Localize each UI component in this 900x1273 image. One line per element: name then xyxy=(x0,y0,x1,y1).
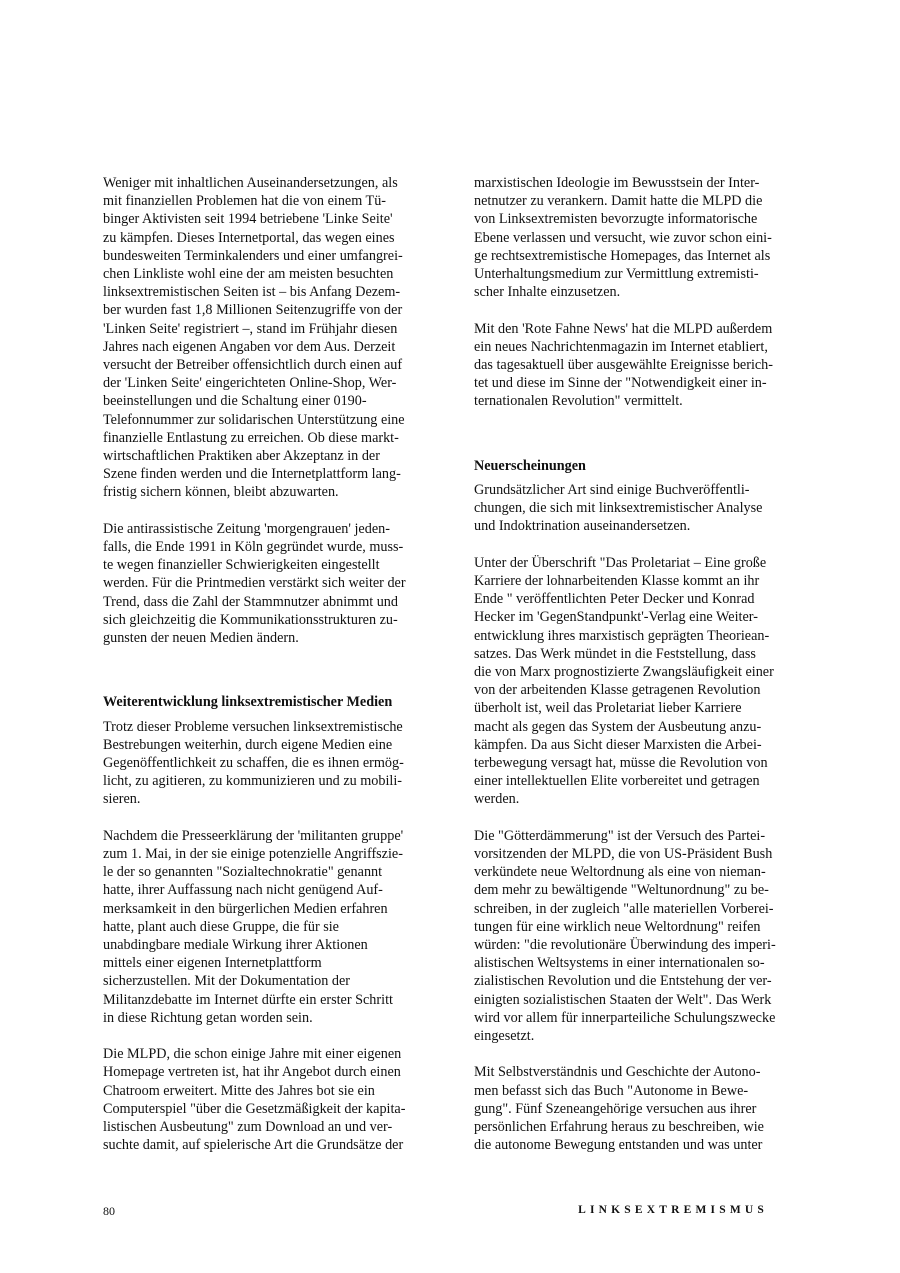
left-column: Weniger mit inhaltlichen Auseinandersetz… xyxy=(103,174,431,1155)
text-line: chen Linkliste wohl eine der am meisten … xyxy=(103,265,431,283)
text-line: einigten sozialistischen Staaten der Wel… xyxy=(474,991,802,1009)
text-line: zum 1. Mai, in der sie einige potenziell… xyxy=(103,845,431,863)
text-line: falls, die Ende 1991 in Köln gegründet w… xyxy=(103,538,431,556)
section-heading: Weiterentwicklung linksextremistischer M… xyxy=(103,693,431,711)
text-line: entwicklung ihres marxistisch geprägten … xyxy=(474,627,802,645)
text-line: tet und diese im Sinne der "Notwendigkei… xyxy=(474,374,802,392)
text-line: Hecker im 'GegenStandpunkt'-Verlag eine … xyxy=(474,608,802,626)
text-line: Telefonnummer zur solidarischen Unterstü… xyxy=(103,411,431,429)
text-line: kämpfen. Da aus Sicht dieser Marxisten d… xyxy=(474,736,802,754)
text-line: Die "Götterdämmerung" ist der Versuch de… xyxy=(474,827,802,845)
paragraph: marxistischen Ideologie im Bewusstsein d… xyxy=(474,174,802,301)
text-line: Mit Selbstverständnis und Geschichte der… xyxy=(474,1063,802,1081)
text-line: verkündete neue Weltordnung als eine von… xyxy=(474,863,802,881)
text-line: suchte damit, auf spielerische Art die G… xyxy=(103,1136,431,1154)
text-line: und Indoktrination auseinandersetzen. xyxy=(474,517,802,535)
text-line: mit finanziellen Problemen hat die von e… xyxy=(103,192,431,210)
text-line: vorsitzenden der MLPD, die von US-Präsid… xyxy=(474,845,802,863)
text-line: ternationalen Revolution" vermittelt. xyxy=(474,392,802,410)
text-line: beeinstellungen und die Schaltung einer … xyxy=(103,392,431,410)
text-line: Unterhaltungsmedium zur Vermittlung extr… xyxy=(474,265,802,283)
text-line: men befasst sich das Buch "Autonome in B… xyxy=(474,1082,802,1100)
text-line: linksextremistischen Seiten ist – bis An… xyxy=(103,283,431,301)
text-line: merksamkeit in den bürgerlichen Medien e… xyxy=(103,900,431,918)
text-line: listischen Ausbeutung" zum Download an u… xyxy=(103,1118,431,1136)
paragraph: Die "Götterdämmerung" ist der Versuch de… xyxy=(474,827,802,1045)
text-line: die von Marx prognostizierte Zwangsläufi… xyxy=(474,663,802,681)
text-line: die autonome Bewegung entstanden und was… xyxy=(474,1136,802,1154)
section-heading: Neuerscheinungen xyxy=(474,457,802,475)
text-line: Computerspiel "über die Gesetzmäßigkeit … xyxy=(103,1100,431,1118)
text-line: Militanzdebatte im Internet dürfte ein e… xyxy=(103,991,431,1009)
right-column: marxistischen Ideologie im Bewusstsein d… xyxy=(474,174,802,1154)
text-line: Homepage vertreten ist, hat ihr Angebot … xyxy=(103,1063,431,1081)
text-line: sich gleichzeitig die Kommunikationsstru… xyxy=(103,611,431,629)
text-line: 'Linken Seite' registriert –, stand im F… xyxy=(103,320,431,338)
text-line: finanzielle Entlastung zu erreichen. Ob … xyxy=(103,429,431,447)
text-line: marxistischen Ideologie im Bewusstsein d… xyxy=(474,174,802,192)
text-line: tungen für eine wirklich neue Weltordnun… xyxy=(474,918,802,936)
text-line: wird vor allem für innerparteiliche Schu… xyxy=(474,1009,802,1027)
paragraph: Nachdem die Presseerklärung der 'militan… xyxy=(103,827,431,1027)
text-line: das tagesaktuell über ausgewählte Ereign… xyxy=(474,356,802,374)
paragraph: Weniger mit inhaltlichen Auseinandersetz… xyxy=(103,174,431,502)
text-line: macht als gegen das System der Ausbeutun… xyxy=(474,718,802,736)
text-line: ge rechtsextremistische Homepages, das I… xyxy=(474,247,802,265)
text-line: gunsten der neuen Medien ändern. xyxy=(103,629,431,647)
text-line: ber wurden fast 1,8 Millionen Seitenzugr… xyxy=(103,301,431,319)
text-line: Mit den 'Rote Fahne News' hat die MLPD a… xyxy=(474,320,802,338)
text-line: licht, zu agitieren, zu kommunizieren un… xyxy=(103,772,431,790)
text-line: Ende " veröffentlichten Peter Decker und… xyxy=(474,590,802,608)
text-line: Gegenöffentlichkeit zu schaffen, die es … xyxy=(103,754,431,772)
text-line: le der so genannten "Sozialtechnokratie"… xyxy=(103,863,431,881)
text-line: zu kämpfen. Dieses Internetportal, das w… xyxy=(103,229,431,247)
text-line: Unter der Überschrift "Das Proletariat –… xyxy=(474,554,802,572)
text-line: Jahres nach eigenen Angaben vor dem Aus.… xyxy=(103,338,431,356)
text-line: te wegen finanzieller Schwierigkeiten ei… xyxy=(103,556,431,574)
text-line: schreiben, in der zugleich "alle materie… xyxy=(474,900,802,918)
text-line: netnutzer zu verankern. Damit hatte die … xyxy=(474,192,802,210)
text-line: satzes. Das Werk mündet in die Feststell… xyxy=(474,645,802,663)
paragraph: Trotz dieser Probleme versuchen linksext… xyxy=(103,718,431,809)
text-line: werden. xyxy=(474,790,802,808)
text-line: ein neues Nachrichtenmagazin im Internet… xyxy=(474,338,802,356)
paragraph: Die MLPD, die schon einige Jahre mit ein… xyxy=(103,1045,431,1154)
text-line: zialistischen Revolution und die Entsteh… xyxy=(474,972,802,990)
text-line: terbewegung versagt hat, müsse die Revol… xyxy=(474,754,802,772)
paragraph: Unter der Überschrift "Das Proletariat –… xyxy=(474,554,802,809)
text-line: Trotz dieser Probleme versuchen linksext… xyxy=(103,718,431,736)
text-line: Trend, dass die Zahl der Stammnutzer abn… xyxy=(103,593,431,611)
text-line: von Linksextremisten bevorzugte informat… xyxy=(474,210,802,228)
text-line: in diese Richtung getan worden sein. xyxy=(103,1009,431,1027)
text-line: der 'Linken Seite' eingerichteten Online… xyxy=(103,374,431,392)
text-line: persönlichen Erfahrung heraus zu beschre… xyxy=(474,1118,802,1136)
text-line: Grundsätzlicher Art sind einige Buchverö… xyxy=(474,481,802,499)
text-line: von der arbeitenden Klasse getragenen Re… xyxy=(474,681,802,699)
running-head: LINKSEXTREMISMUS xyxy=(578,1204,768,1216)
text-line: wirtschaftlichen Praktiken aber Akzeptan… xyxy=(103,447,431,465)
text-line: Szene finden werden und die Internetplat… xyxy=(103,465,431,483)
text-line: werden. Für die Printmedien verstärkt si… xyxy=(103,574,431,592)
text-line: Die antirassistische Zeitung 'morgengrau… xyxy=(103,520,431,538)
text-line: mittels einer eigenen Internetplattform xyxy=(103,954,431,972)
text-line: einer intellektuellen Elite vorbereitet … xyxy=(474,772,802,790)
text-line: Ebene verlassen und versucht, wie zuvor … xyxy=(474,229,802,247)
text-line: unabdingbare mediale Wirkung ihrer Aktio… xyxy=(103,936,431,954)
text-line: fristig sichern können, bleibt abzuwarte… xyxy=(103,483,431,501)
text-line: eingesetzt. xyxy=(474,1027,802,1045)
text-line: sicherzustellen. Mit der Dokumentation d… xyxy=(103,972,431,990)
paragraph: Mit Selbstverständnis und Geschichte der… xyxy=(474,1063,802,1154)
text-line: Die MLPD, die schon einige Jahre mit ein… xyxy=(103,1045,431,1063)
paragraph: Grundsätzlicher Art sind einige Buchverö… xyxy=(474,481,802,536)
text-line: scher Inhalte einzusetzen. xyxy=(474,283,802,301)
text-line: sieren. xyxy=(103,790,431,808)
text-line: hatte, ihrer Auffassung nach nicht genüg… xyxy=(103,881,431,899)
text-line: versucht der Betreiber offensichtlich du… xyxy=(103,356,431,374)
text-line: hatte, plant auch diese Gruppe, die für … xyxy=(103,918,431,936)
text-line: Bestrebungen weiterhin, durch eigene Med… xyxy=(103,736,431,754)
text-line: Nachdem die Presseerklärung der 'militan… xyxy=(103,827,431,845)
text-line: chungen, die sich mit linksextremistisch… xyxy=(474,499,802,517)
text-line: würden: "die revolutionäre Überwindung d… xyxy=(474,936,802,954)
text-line: gung". Fünf Szeneangehörige versuchen au… xyxy=(474,1100,802,1118)
text-line: binger Aktivisten seit 1994 betriebene '… xyxy=(103,210,431,228)
text-line: Karriere der lohnarbeitenden Klasse komm… xyxy=(474,572,802,590)
paragraph: Die antirassistische Zeitung 'morgengrau… xyxy=(103,520,431,647)
text-line: bundesweiten Terminkalenders und einer u… xyxy=(103,247,431,265)
text-line: alistischen Weltsystems in einer interna… xyxy=(474,954,802,972)
text-line: dem mehr zu bewältigende "Weltunordnung"… xyxy=(474,881,802,899)
text-line: Chatroom erweitert. Mitte des Jahres bot… xyxy=(103,1082,431,1100)
text-line: überholt ist, weil das Proletariat liebe… xyxy=(474,699,802,717)
paragraph: Mit den 'Rote Fahne News' hat die MLPD a… xyxy=(474,320,802,411)
text-line: Weniger mit inhaltlichen Auseinandersetz… xyxy=(103,174,431,192)
page-number: 80 xyxy=(103,1204,115,1219)
